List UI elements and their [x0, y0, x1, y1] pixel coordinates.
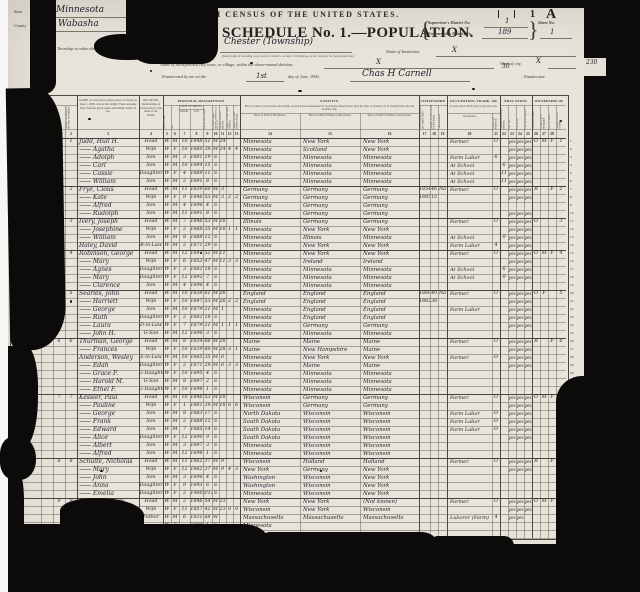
record-cell: yes	[524, 154, 532, 162]
record-cell: yes	[516, 242, 524, 250]
record-cell: yes	[508, 258, 516, 266]
record-cell: 60	[203, 346, 212, 354]
margin-row-number: 24	[570, 321, 574, 329]
record-cell: 21	[203, 322, 212, 330]
column-number: 19	[438, 130, 447, 138]
record-cell: 28	[219, 338, 226, 346]
record-cell: Minnesota	[240, 138, 303, 146]
record-cell: Maine	[360, 362, 422, 370]
record-cell: 2	[233, 194, 240, 202]
record-cell: New York	[240, 498, 303, 506]
record-cell: 1	[233, 322, 240, 330]
record-cell: 1	[556, 138, 566, 146]
record-cell: Minnesota	[300, 266, 363, 274]
record-cell: 6	[179, 514, 190, 522]
record-cell: yes	[516, 274, 524, 282]
record-cell: Farmer	[447, 138, 495, 146]
record-cell: W	[163, 274, 171, 282]
record-cell: Farmer	[447, 498, 495, 506]
record-cell: Minnesota	[240, 154, 303, 162]
record-cell: Minnesota	[240, 162, 303, 170]
record-cell: 46	[430, 186, 438, 194]
record-cell: M	[171, 458, 179, 466]
relation-column-header: RELATION. Relationship of each person to…	[140, 97, 162, 130]
record-cell: W	[163, 458, 171, 466]
record-cell: W	[163, 306, 171, 314]
record-cell: 53	[203, 298, 212, 306]
record-cell: S	[212, 330, 219, 338]
column-number: 9	[203, 130, 212, 138]
record-cell: 11	[500, 170, 508, 178]
record-cell: Minnesota	[360, 274, 422, 282]
record-cell: Minnesota	[240, 282, 303, 290]
record-cell: Wisconsin	[360, 506, 422, 514]
margin-row-number: 13	[570, 233, 574, 241]
record-cell: Farmer	[447, 186, 495, 194]
record-cell: W	[163, 482, 171, 490]
record-cell: 1	[219, 306, 226, 314]
record-cell: yes	[516, 346, 524, 354]
record-cell: Farmer	[447, 218, 495, 226]
record-cell: O	[492, 138, 500, 146]
record-cell: G-Son	[139, 378, 163, 386]
enumerated-day: 1st	[256, 72, 267, 80]
record-cell: W	[163, 234, 171, 242]
record-cell: W	[163, 378, 171, 386]
supervisors-district-label: Supervisor's District No.	[428, 20, 470, 25]
record-cell: 68	[203, 514, 212, 522]
record-cell: S	[212, 386, 219, 394]
record-cell: F	[171, 170, 179, 178]
record-cell: M	[212, 506, 219, 514]
record-cell: M	[171, 202, 179, 210]
record-cell: 7	[53, 394, 65, 402]
record-cell: M	[171, 410, 179, 418]
record-cell: M	[212, 138, 219, 146]
record-cell: At School	[447, 274, 495, 282]
column-number: 25	[524, 130, 532, 138]
sub-header: Sex.	[172, 105, 178, 129]
record-cell: yes	[508, 498, 516, 506]
record-cell: yes	[508, 306, 516, 314]
record-cell: England	[300, 298, 363, 306]
record-cell: Son	[139, 426, 163, 434]
record-cell: Daughter	[139, 362, 163, 370]
rule	[548, 68, 576, 69]
record-cell: —— Mary	[77, 466, 141, 474]
record-cell: Son	[139, 178, 163, 186]
record-cell: Minnesota	[240, 370, 303, 378]
record-cell: yes	[516, 226, 524, 234]
record-cell: yes	[524, 458, 532, 466]
record-cell: 1	[226, 322, 233, 330]
record-cell: W	[163, 362, 171, 370]
record-cell: Farmer	[447, 354, 495, 362]
record-cell: At School	[447, 178, 495, 186]
record-cell: yes	[516, 362, 524, 370]
record-cell: yes	[508, 242, 516, 250]
record-cell: —— George	[77, 306, 141, 314]
record-cell: 7	[179, 322, 190, 330]
record-cell: W	[163, 186, 171, 194]
record-cell: 1865	[190, 354, 203, 362]
record-cell: 3	[219, 186, 226, 194]
record-cell: 1	[233, 346, 240, 354]
record-cell: Na	[438, 290, 447, 298]
scan-speck	[560, 120, 562, 122]
margin-row-number: 6	[570, 177, 572, 185]
ink-blot	[260, 532, 440, 554]
record-cell: 1897	[190, 378, 203, 386]
record-cell: 6	[219, 354, 226, 362]
record-cell: 18	[219, 394, 226, 402]
rule	[436, 56, 576, 57]
record-cell: yes	[516, 266, 524, 274]
record-cell: 35	[203, 354, 212, 362]
record-cell: yes	[508, 162, 516, 170]
record-cell: yes	[524, 178, 532, 186]
record-cell: Germany	[300, 394, 363, 402]
record-cell: yes	[516, 354, 524, 362]
record-cell: —— Frank	[77, 418, 141, 426]
margin-row-number: 12	[570, 225, 574, 233]
ink-blot	[0, 436, 36, 480]
record-cell: 6	[203, 482, 212, 490]
record-cell: Farm Labor	[447, 426, 495, 434]
sub-header: Attended school (in months).	[501, 105, 507, 129]
record-cell: —— Edward	[77, 426, 141, 434]
record-cell: yes	[508, 434, 516, 442]
record-cell: yes	[508, 426, 516, 434]
record-cell: 6	[233, 402, 240, 410]
record-cell: yes	[524, 138, 532, 146]
record-cell: 61	[203, 290, 212, 298]
institution-value: X	[452, 46, 457, 54]
record-cell: 17	[203, 410, 212, 418]
record-cell: O	[532, 394, 540, 402]
record-cell: yes	[524, 418, 532, 426]
record-cell: 3	[233, 466, 240, 474]
enumerator-name: Chas H Carnell	[362, 69, 432, 79]
record-cell: M	[540, 498, 548, 506]
record-cell: New York	[360, 354, 422, 362]
record-cell: —— Anna	[77, 482, 141, 490]
sub-header: Owned or rented.	[533, 105, 539, 129]
record-cell: F	[171, 226, 179, 234]
record-cell: Daughter	[139, 314, 163, 322]
record-cell: F	[548, 498, 556, 506]
record-cell: 10	[179, 138, 190, 146]
record-cell: 38	[430, 298, 438, 306]
column-number: 7	[179, 130, 190, 138]
record-cell: F	[171, 346, 179, 354]
record-cell: S	[212, 266, 219, 274]
record-cell: W	[163, 298, 171, 306]
record-cell: 1885	[419, 194, 430, 202]
record-cell: W	[163, 490, 171, 498]
record-cell: S	[212, 474, 219, 482]
record-cell: Son	[139, 474, 163, 482]
record-cell: 6	[492, 154, 500, 162]
record-cell: 8	[53, 458, 65, 466]
record-cell: 1861	[190, 402, 203, 410]
record-cell: Germany	[360, 210, 422, 218]
record-cell: 1846	[190, 194, 203, 202]
record-cell: Farmer	[447, 394, 495, 402]
record-cell: W	[163, 410, 171, 418]
column-number: 21	[492, 130, 500, 138]
record-cell: yes	[508, 410, 516, 418]
record-cell: F	[171, 466, 179, 474]
record-cell: 1852	[190, 258, 203, 266]
group-header: CITIZENSHIP.	[420, 97, 446, 105]
record-cell: —— Alfred	[77, 450, 141, 458]
record-cell: W	[163, 442, 171, 450]
record-cell: —— Edah	[77, 362, 141, 370]
margin-row-number: 21	[570, 297, 574, 305]
record-cell: 1	[203, 450, 212, 458]
record-cell: 1839	[190, 186, 203, 194]
township-note: [Insert name of township, town, precinct…	[222, 54, 380, 58]
record-cell: yes	[516, 434, 524, 442]
record-cell: 16	[219, 218, 226, 226]
record-cell: Robinson, George	[77, 250, 141, 258]
record-cell: Washington	[240, 474, 303, 482]
record-cell: —— Mary	[77, 274, 141, 282]
record-cell: Minnesota	[240, 146, 303, 154]
record-cell: M	[171, 138, 179, 146]
record-cell: Wife	[139, 346, 163, 354]
record-cell: O	[492, 418, 500, 426]
record-cell: yes	[516, 162, 524, 170]
scanned-paper: TWELFTH CENSUS OF THE UNITED STATES. SCH…	[0, 0, 640, 592]
record-cell: yes	[508, 274, 516, 282]
record-cell: 1862	[419, 298, 430, 306]
record-cell: 3	[226, 362, 233, 370]
record-cell: S	[212, 170, 219, 178]
record-cell: W	[163, 346, 171, 354]
record-cell: New York	[360, 242, 422, 250]
record-cell: Son	[139, 410, 163, 418]
record-cell: Minnesota	[360, 282, 422, 290]
record-cell: Minnesota	[300, 378, 363, 386]
record-cell: 39	[203, 146, 212, 154]
sub-header: Months not employed.	[493, 113, 499, 129]
record-cell: New York	[240, 466, 303, 474]
record-cell: yes	[524, 466, 532, 474]
record-cell: G-Son	[139, 330, 163, 338]
rule	[482, 38, 528, 39]
record-cell: W	[163, 426, 171, 434]
record-cell: Head	[139, 250, 163, 258]
record-cell: Farm Labor	[447, 410, 495, 418]
sub-header: Owned free or mortgaged.	[541, 105, 547, 129]
record-cell: S	[212, 242, 219, 250]
record-cell: 1	[203, 386, 212, 394]
record-cell: F	[171, 434, 179, 442]
record-cell: Minnesota	[300, 330, 363, 338]
record-cell: —— Laura	[77, 322, 141, 330]
record-cell: 21	[203, 306, 212, 314]
record-cell: yes	[524, 266, 532, 274]
record-cell: 10	[179, 354, 190, 362]
record-cell: Minnesota	[300, 386, 363, 394]
scan-speck	[298, 90, 302, 92]
record-cell: M	[171, 442, 179, 450]
record-cell: M	[171, 218, 179, 226]
scan-speck	[150, 70, 152, 72]
ink-blot	[214, 0, 640, 8]
record-cell: New York	[360, 226, 422, 234]
record-cell: 8	[65, 458, 77, 466]
record-cell: Wife	[139, 298, 163, 306]
record-cell: yes	[516, 146, 524, 154]
record-cell: Germany	[360, 194, 422, 202]
record-cell: 12	[179, 466, 190, 474]
record-cell: —— Rudolph	[77, 210, 141, 218]
record-cell: Minnesota	[300, 370, 363, 378]
record-cell: yes	[524, 226, 532, 234]
record-cell: O	[532, 498, 540, 506]
record-cell: 37	[203, 466, 212, 474]
record-cell: Minnesota	[240, 250, 303, 258]
record-cell: S	[212, 234, 219, 242]
record-cell: 10	[179, 146, 190, 154]
record-cell: S	[212, 418, 219, 426]
record-cell: 1892	[190, 274, 203, 282]
record-cell: M	[540, 394, 548, 402]
record-cell: Farm Labor	[447, 306, 495, 314]
record-cell: 1891	[190, 210, 203, 218]
record-cell: 4	[492, 514, 500, 522]
record-cell: 2	[179, 314, 190, 322]
sub-header: Age at last birthday.	[204, 105, 211, 129]
record-cell: yes	[524, 186, 532, 194]
record-cell: W	[163, 354, 171, 362]
record-cell: F	[548, 250, 556, 258]
record-cell: North Dakota	[240, 410, 303, 418]
record-cell: 12	[179, 450, 190, 458]
record-cell: M	[171, 354, 179, 362]
record-cell: O	[532, 138, 540, 146]
record-cell: 52	[203, 250, 212, 258]
record-cell: W	[163, 250, 171, 258]
record-cell: 19	[203, 154, 212, 162]
margin-row-number: 19	[570, 281, 574, 289]
record-cell: New York	[300, 138, 363, 146]
record-cell: Germany	[360, 394, 422, 402]
city-value: X	[376, 58, 381, 66]
record-cell: W	[163, 138, 171, 146]
record-cell: Anderson, Wesley	[77, 354, 141, 362]
record-cell: 12	[179, 434, 190, 442]
record-cell: Maine	[360, 338, 422, 346]
record-cell: O	[492, 338, 500, 346]
record-cell: M	[171, 330, 179, 338]
record-cell: M	[171, 306, 179, 314]
record-cell: O	[492, 394, 500, 402]
record-cell: 8	[179, 410, 190, 418]
record-cell: W	[212, 514, 219, 522]
record-cell: O	[492, 250, 500, 258]
record-cell: —— Cassie	[77, 170, 141, 178]
record-cell: 10	[179, 346, 190, 354]
record-cell: 47	[203, 258, 212, 266]
record-cell: S	[212, 378, 219, 386]
record-cell: W	[163, 514, 171, 522]
record-cell: 14	[203, 426, 212, 434]
record-cell: yes	[524, 298, 532, 306]
record-cell: Minnesota	[240, 362, 303, 370]
record-cell: 1881	[190, 154, 203, 162]
record-cell: 1888	[190, 234, 203, 242]
record-cell: —— William	[77, 178, 141, 186]
record-cell: M	[540, 138, 548, 146]
record-cell: yes	[524, 162, 532, 170]
record-cell: M	[171, 178, 179, 186]
column-number: 8	[190, 130, 203, 138]
record-cell: Wisconsin	[300, 418, 363, 426]
record-cell: 1888	[190, 418, 203, 426]
record-cell: 1860	[190, 146, 203, 154]
record-cell: Minnesota	[300, 170, 363, 178]
institution-label: Name of Institution,	[386, 49, 420, 54]
record-cell: Minnesota	[300, 162, 363, 170]
record-cell: W	[163, 146, 171, 154]
record-cell: B-in-Law	[139, 242, 163, 250]
record-cell: 2	[233, 298, 240, 306]
record-cell: O	[492, 498, 500, 506]
record-cell: 3	[203, 330, 212, 338]
record-cell: R	[532, 458, 540, 466]
record-cell: —— Clarence	[77, 282, 141, 290]
record-cell: 4	[203, 202, 212, 210]
record-cell: 8	[203, 210, 212, 218]
enumeration-district-value: 189	[498, 28, 511, 36]
record-cell: yes	[516, 466, 524, 474]
record-cell: yes	[516, 402, 524, 410]
record-cell: F	[171, 322, 179, 330]
margin-row-number: 5	[570, 169, 572, 177]
record-cell: 28	[219, 346, 226, 354]
margin-row-number: 3	[570, 153, 572, 161]
record-cell: 4	[179, 202, 190, 210]
record-cell: 1847	[190, 298, 203, 306]
record-cell: 6	[65, 338, 77, 346]
record-cell: 1	[219, 322, 226, 330]
record-cell: 9	[500, 234, 508, 242]
column-number: 14	[240, 130, 300, 138]
sub-header: Can read.	[509, 105, 515, 129]
record-cell: Minnesota	[300, 274, 363, 282]
sub-header: Month.	[180, 110, 189, 128]
record-cell: 2	[179, 490, 190, 498]
record-cell: 1896	[190, 474, 203, 482]
record-cell: M	[212, 362, 219, 370]
column-number: 24	[516, 130, 524, 138]
record-cell: Head	[139, 338, 163, 346]
record-cell: Wife	[139, 226, 163, 234]
record-cell: 2	[203, 378, 212, 386]
record-cell: M	[212, 226, 219, 234]
record-cell: yes	[516, 290, 524, 298]
record-cell: Wisconsin	[300, 442, 363, 450]
record-cell: W	[163, 394, 171, 402]
record-cell: At School	[447, 234, 495, 242]
record-cell: Wife	[139, 194, 163, 202]
record-cell: Ireland	[300, 258, 363, 266]
record-cell: New York	[300, 498, 363, 506]
